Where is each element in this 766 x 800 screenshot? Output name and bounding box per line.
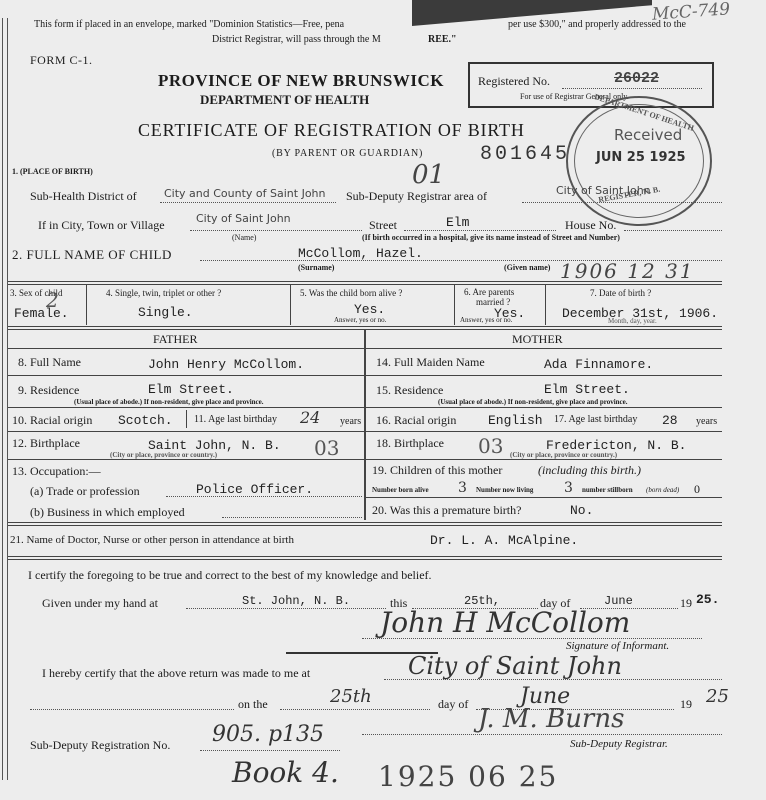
father-mother-divider — [364, 330, 366, 520]
born-alive-value: Yes. — [354, 302, 385, 317]
cert-year-value: 25. — [696, 592, 719, 607]
mother-birthplace-code: 03 — [478, 434, 503, 458]
father-age-unit: years — [340, 416, 361, 427]
divider-3-4 — [86, 285, 87, 325]
father-name-value: John Henry McCollom. — [148, 357, 304, 372]
sex-value: Female. — [14, 306, 69, 321]
parents-bottom-rule — [8, 522, 722, 526]
certification-statement: I certify the foregoing to be true and c… — [28, 568, 432, 583]
registrar-day-value: 25th — [330, 686, 372, 707]
father-birthplace-code: 03 — [314, 436, 339, 460]
informant-caption: Signature of Informant. — [566, 640, 669, 652]
registrar-year-prefix: 19 — [680, 697, 692, 712]
children-label-italic: (including this birth.) — [538, 463, 641, 478]
divider-5-6 — [454, 285, 455, 325]
children-label: 19. Children of this mother — [372, 463, 502, 478]
father-birthplace-note: (City or place, province or country.) — [110, 451, 217, 459]
registrar-caption: Sub-Deputy Registrar. — [570, 738, 668, 750]
mother-age-value: 28 — [662, 413, 678, 428]
registrar-day-of-label: day of — [438, 697, 468, 712]
stillborn-label: number stillborn — [582, 486, 633, 494]
registered-no-dotline — [562, 88, 702, 89]
divider-4-5 — [290, 285, 291, 325]
stamp-date: JUN 25 1925 — [596, 150, 686, 165]
reg-no-label: Sub-Deputy Registration No. — [30, 738, 170, 753]
father-racial-age-divider — [186, 410, 187, 428]
mother-row-rule-5 — [366, 497, 722, 498]
house-no-dotline — [624, 230, 722, 231]
book-note: Book 4. — [232, 756, 339, 789]
mother-name-label: 14. Full Maiden Name — [376, 355, 485, 370]
sub-deputy-label: Sub-Deputy Registrar area of — [346, 189, 487, 204]
child-name-value: McCollom, Hazel. — [298, 246, 423, 261]
mother-row-rule-3 — [366, 431, 722, 432]
dob-label: 7. Date of birth ? — [590, 288, 651, 298]
informant-signature: John H McCollom — [380, 606, 630, 639]
father-row-rule-1 — [8, 375, 364, 376]
trade-label: (a) Trade or profession — [30, 484, 140, 499]
cert-year-prefix: 19 — [680, 596, 692, 611]
mother-heading: MOTHER — [512, 332, 563, 347]
registrar-signature-dotline — [362, 734, 722, 735]
child-name-label: 2. FULL NAME OF CHILD — [12, 247, 172, 263]
premature-value: No. — [570, 503, 593, 518]
informant-signature-dotline — [362, 638, 702, 639]
sub-health-value: City and County of Saint John — [164, 187, 326, 200]
registered-number-box: Registered No. 26022 For use of Registra… — [468, 62, 714, 108]
attendant-bottom-rule — [8, 556, 722, 560]
father-age-value: 24 — [300, 408, 320, 427]
city-dotline — [190, 230, 362, 231]
registration-date-code: 1925 06 25 — [378, 760, 558, 793]
reg-no-value: 905. p135 — [212, 722, 324, 747]
registrar-signature: J. M. Burns — [478, 704, 624, 734]
registered-no-label: Registered No. — [478, 74, 550, 89]
sub-health-dotline — [160, 202, 336, 203]
handwritten-birth-date: 1906 12 31 — [560, 259, 695, 283]
birth-certificate-page: This form if placed in an envelope, mark… — [0, 0, 766, 800]
department-title: DEPARTMENT OF HEALTH — [200, 92, 369, 108]
plurality-label: 4. Single, twin, triplet or other ? — [106, 288, 221, 298]
given-under-hand-label: Given under my hand at — [42, 596, 158, 611]
hospital-note: (If birth occurred in a hospital, give i… — [362, 233, 620, 242]
mother-age-label: 17. Age last birthday — [554, 414, 637, 425]
mailing-notice-line2b: REE." — [428, 34, 457, 45]
stillborn-value: 0 — [694, 482, 700, 497]
handwritten-code: 01 — [412, 160, 445, 190]
now-living-label: Number now living — [476, 486, 533, 494]
occupation-label: 13. Occupation:— — [12, 464, 101, 479]
mother-racial-label: 16. Racial origin — [376, 413, 456, 428]
certificate-subtitle: (BY PARENT OR GUARDIAN) — [272, 148, 423, 159]
row3-top-rule — [8, 281, 722, 285]
archive-reference: McC-749 — [651, 0, 730, 25]
divider-6-7 — [545, 285, 546, 325]
father-row-rule-3 — [8, 431, 364, 432]
registrar-year-value: 25 — [706, 686, 729, 707]
on-the-leading-dotline — [30, 709, 234, 710]
stillborn-note: (born dead) — [646, 486, 679, 494]
sub-deputy-value: City of Saint John — [556, 184, 651, 197]
mother-racial-value: English — [488, 413, 543, 428]
mother-row-rule-2 — [366, 407, 722, 408]
surname-note: (Surname) — [298, 263, 334, 272]
city-value: City of Saint John — [196, 212, 291, 225]
city-label: If in City, Town or Village — [38, 218, 165, 233]
mother-row-rule-4 — [366, 459, 722, 460]
father-age-label: 11. Age last birthday — [194, 414, 277, 425]
father-racial-label: 10. Racial origin — [12, 413, 92, 428]
reg-no-dotline — [200, 750, 340, 751]
mailing-notice-line2: District Registrar, will pass through th… — [212, 34, 381, 45]
street-value: Elm — [446, 215, 469, 230]
trade-value: Police Officer. — [196, 482, 313, 497]
father-birthplace-label: 12. Birthplace — [12, 436, 80, 451]
sub-deputy-dotline — [522, 202, 722, 203]
city-note: (Name) — [232, 233, 256, 242]
registered-no-value: 26022 — [614, 70, 659, 87]
mother-residence-value: Elm Street. — [544, 382, 630, 397]
on-the-label: on the — [238, 697, 268, 712]
serial-number: 801645 — [480, 143, 570, 166]
now-living-value: 3 — [564, 480, 573, 496]
parents-married-value: Yes. — [494, 306, 525, 321]
premature-label: 20. Was this a premature birth? — [372, 503, 521, 518]
house-no-label: House No. — [565, 218, 616, 233]
given-place-dotline — [186, 608, 386, 609]
certificate-title: CERTIFICATE OF REGISTRATION OF BIRTH — [138, 120, 525, 141]
father-residence-label: 9. Residence — [18, 383, 79, 398]
given-name-note: (Given name) — [504, 263, 550, 272]
province-title: PROVINCE OF NEW BRUNSWICK — [158, 71, 444, 91]
place-of-birth-label: 1. (PLACE OF BIRTH) — [12, 167, 93, 176]
mother-birthplace-note: (City or place, province or country.) — [510, 451, 617, 459]
mother-birthplace-label: 18. Birthplace — [376, 436, 444, 451]
father-heading: FATHER — [153, 332, 197, 347]
mother-residence-note: (Usual place of abode.) If non-resident,… — [438, 398, 628, 406]
father-row-rule-4 — [8, 459, 364, 460]
born-alive-count-label: Number born alive — [372, 486, 429, 494]
registrar-statement: I hereby certify that the above return w… — [42, 666, 310, 681]
parents-married-label-1: 6. Are parents — [464, 287, 514, 297]
father-residence-value: Elm Street. — [148, 382, 234, 397]
street-dotline — [404, 230, 556, 231]
attendant-value: Dr. L. A. McAlpine. — [430, 533, 578, 548]
born-alive-note: Answer, yes or no. — [334, 316, 386, 324]
plurality-value: Single. — [138, 305, 193, 320]
stamp-received-text: Received — [614, 126, 682, 144]
heading-rule — [8, 348, 722, 349]
attendant-label: 21. Name of Doctor, Nurse or other perso… — [10, 534, 294, 546]
mailing-notice-line1: This form if placed in an envelope, mark… — [34, 19, 344, 30]
mother-name-value: Ada Finnamore. — [544, 357, 653, 372]
father-racial-value: Scotch. — [118, 413, 173, 428]
born-alive-label: 5. Was the child born alive ? — [300, 288, 402, 298]
registrar-day-dotline — [280, 709, 430, 710]
form-id: FORM C-1. — [30, 53, 93, 68]
business-label: (b) Business in which employed — [30, 505, 185, 520]
given-place-value: St. John, N. B. — [242, 594, 350, 608]
father-name-label: 8. Full Name — [18, 355, 81, 370]
father-residence-note: (Usual place of abode.) If non-resident,… — [74, 398, 264, 406]
received-stamp: DEPARTMENT OF HEALTH Received JUN 25 192… — [566, 96, 712, 226]
registrar-place-value: City of Saint John — [408, 652, 622, 680]
dob-note: Month, day, year. — [608, 317, 657, 325]
business-dotline — [222, 517, 362, 518]
born-alive-count-value: 3 — [458, 480, 467, 496]
sub-health-label: Sub-Health District of — [30, 189, 137, 204]
mother-residence-label: 15. Residence — [376, 383, 443, 398]
mother-row-rule-1 — [366, 375, 722, 376]
left-margin-border — [2, 18, 8, 780]
mother-age-unit: years — [696, 416, 717, 427]
street-label: Street — [369, 218, 397, 233]
